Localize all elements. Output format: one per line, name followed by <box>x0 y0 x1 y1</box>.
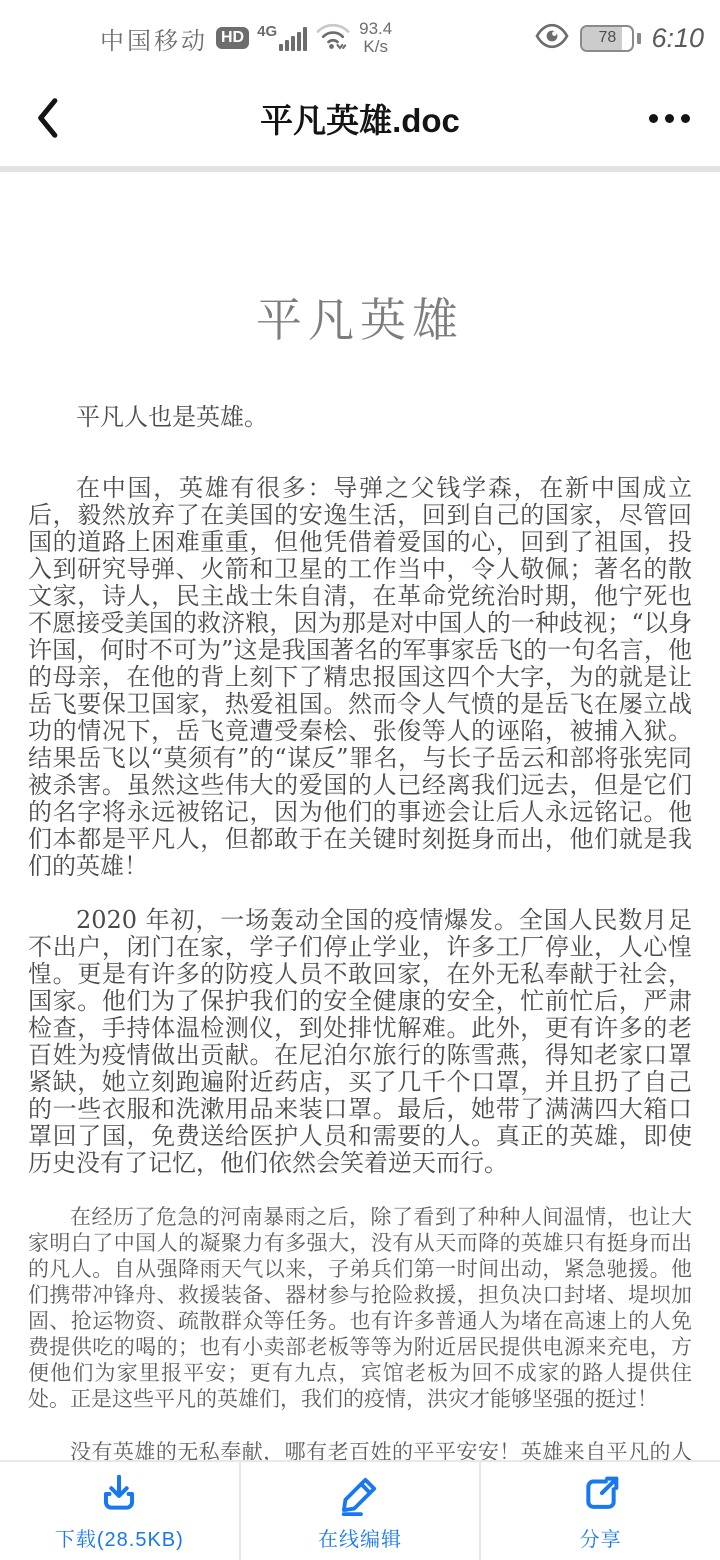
battery-icon: 78 <box>580 25 634 52</box>
edit-pencil-icon <box>337 1471 383 1517</box>
status-left-group: 中国移动 HD 4G 93.4 K/s <box>100 20 392 56</box>
bottom-toolbar: 下载(28.5KB) 在线编辑 分享 <box>0 1460 720 1560</box>
nav-bar: 平凡英雄.doc <box>0 70 720 166</box>
network-type-label: 4G <box>257 23 277 40</box>
cellular-signal-icon: 4G <box>257 25 307 51</box>
battery-percent: 78 <box>599 29 617 47</box>
paragraph: 没有英雄的无私奉献，哪有老百姓的平平安安！英雄来自平凡的人民，英雄的人民不平凡！… <box>28 1439 692 1460</box>
carrier-name: 中国移动 <box>100 21 208 56</box>
share-button[interactable]: 分享 <box>479 1462 720 1560</box>
status-bar: 中国移动 HD 4G 93.4 K/s <box>0 0 720 70</box>
back-button[interactable] <box>30 96 90 140</box>
paragraph: 在经历了危急的河南暴雨之后，除了看到了种种人间温情，也让大家明白了中国人的凝聚力… <box>28 1204 692 1412</box>
hd-volte-icon: HD <box>216 27 249 49</box>
eye-comfort-icon <box>534 22 570 55</box>
document-viewer[interactable]: 平凡英雄 平凡人也是英雄。 在中国，英雄有很多：导弹之父钱学森，在新中国成立后，… <box>0 172 720 1460</box>
more-options-button[interactable] <box>630 114 690 123</box>
phone-screen: 中国移动 HD 4G 93.4 K/s <box>0 0 720 1560</box>
share-label: 分享 <box>580 1523 622 1552</box>
clock: 6:10 <box>651 23 704 54</box>
share-external-icon <box>578 1471 624 1517</box>
download-icon <box>96 1471 142 1517</box>
status-right-group: 78 6:10 <box>534 22 704 55</box>
paragraph: 在中国，英雄有很多：导弹之父钱学森，在新中国成立后，毅然放弃了在美国的安逸生活，… <box>28 475 692 880</box>
signal-bars-icon <box>279 25 307 51</box>
online-edit-label: 在线编辑 <box>318 1523 402 1552</box>
download-button[interactable]: 下载(28.5KB) <box>0 1462 239 1560</box>
more-dots-icon <box>649 114 658 123</box>
chevron-left-icon <box>30 96 64 140</box>
document-title: 平凡英雄 <box>28 284 692 350</box>
battery-nub <box>637 33 641 44</box>
speed-unit: K/s <box>363 38 388 56</box>
download-label: 下载(28.5KB) <box>55 1523 184 1552</box>
speed-value: 93.4 <box>359 20 392 38</box>
file-title: 平凡英雄.doc <box>90 95 630 142</box>
paragraph: 平凡人也是英雄。 <box>28 404 692 431</box>
paragraph: 2020 年初，一场轰动全国的疫情爆发。全国人民数月足不出户，闭门在家，学子们停… <box>28 907 692 1177</box>
wifi-icon <box>315 21 351 56</box>
online-edit-button[interactable]: 在线编辑 <box>239 1462 480 1560</box>
network-speed: 93.4 K/s <box>359 20 392 56</box>
